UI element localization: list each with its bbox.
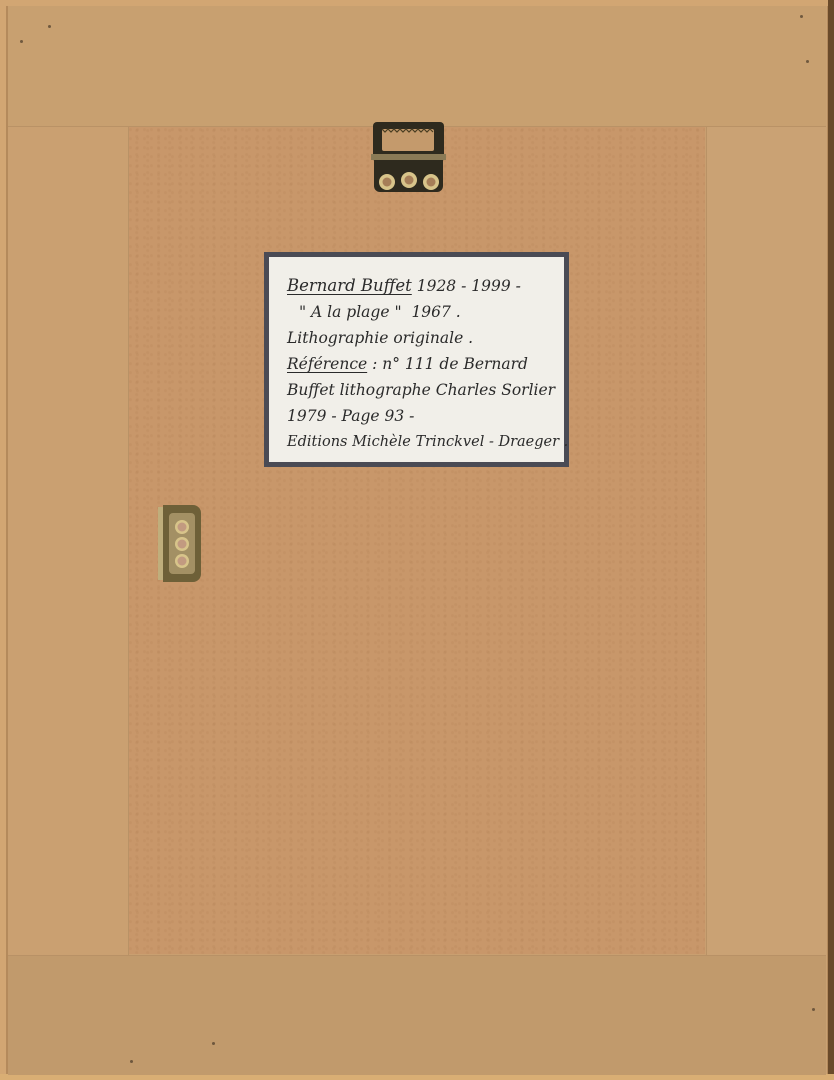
tape-strip-bottom (8, 955, 826, 1075)
reference-publisher: Editions Michèle Trinckvel - Draeger . (287, 429, 554, 455)
reference-label: Référence (287, 355, 367, 373)
dirt-speck (48, 25, 51, 28)
dirt-speck (212, 1042, 215, 1045)
reference-text: : n° 111 de Bernard (372, 355, 528, 373)
dirt-speck (20, 40, 23, 43)
artist-dates: 1928 - 1999 - (417, 277, 521, 295)
tape-strip-right (706, 6, 827, 1074)
reference-year-page: 1979 - Page 93 - (287, 403, 554, 429)
dirt-speck (130, 1060, 133, 1063)
label-artist-line: Bernard Buffet 1928 - 1999 - (287, 273, 554, 299)
label-paper: Bernard Buffet 1928 - 1999 - " A la plag… (269, 257, 564, 462)
frame-edge-right (828, 0, 834, 1080)
tape-strip-left (8, 6, 129, 1074)
artist-name: Bernard Buffet (287, 276, 412, 295)
label-title-line: " A la plage " 1967 . (287, 299, 554, 325)
label-reference-line: Référence : n° 111 de Bernard (287, 351, 554, 377)
artwork-label: Bernard Buffet 1928 - 1999 - " A la plag… (264, 252, 569, 467)
artwork-title: " A la plage " (299, 303, 402, 321)
hinge-clip-icon (158, 505, 202, 582)
dirt-speck (800, 15, 803, 18)
sawtooth-hanger-icon (371, 120, 446, 195)
dirt-speck (806, 60, 809, 63)
dirt-speck (812, 1008, 815, 1011)
artwork-year: 1967 . (411, 303, 460, 321)
artwork-medium: Lithographie originale . (287, 325, 554, 351)
tape-strip-top (8, 6, 826, 127)
reference-source: Buffet lithographe Charles Sorlier (287, 377, 554, 403)
